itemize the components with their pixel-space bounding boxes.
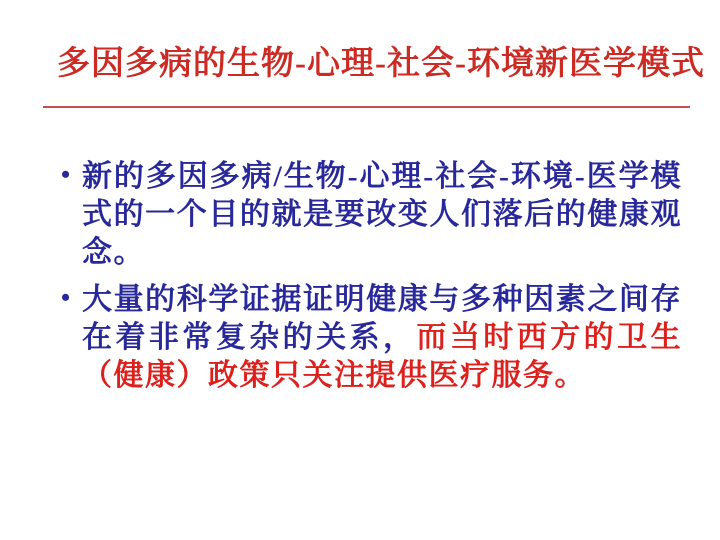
bullet-item: •新的多因多病/生物-心理-社会-环境-医学模式的一个目的就是要改变人们落后的健… (61, 158, 682, 272)
bullet-text-segment: 新的多因多病/生物-心理-社会-环境-医学模式的一个目的就是要改变人们落后的健康… (82, 160, 682, 269)
bullet-marker: • (61, 279, 70, 317)
slide-title: 多因多病的生物-心理-社会-环境新医学模式 (57, 44, 682, 85)
title-divider (43, 106, 690, 108)
bullet-item: •大量的科学证据证明健康与多种因素之间存在着非常复杂的关系，而当时西方的卫生（健… (61, 281, 682, 395)
bullet-marker: • (61, 156, 70, 194)
bullet-list: •新的多因多病/生物-心理-社会-环境-医学模式的一个目的就是要改变人们落后的健… (57, 158, 682, 395)
presentation-slide: 多因多病的生物-心理-社会-环境新医学模式 •新的多因多病/生物-心理-社会-环… (0, 0, 720, 540)
